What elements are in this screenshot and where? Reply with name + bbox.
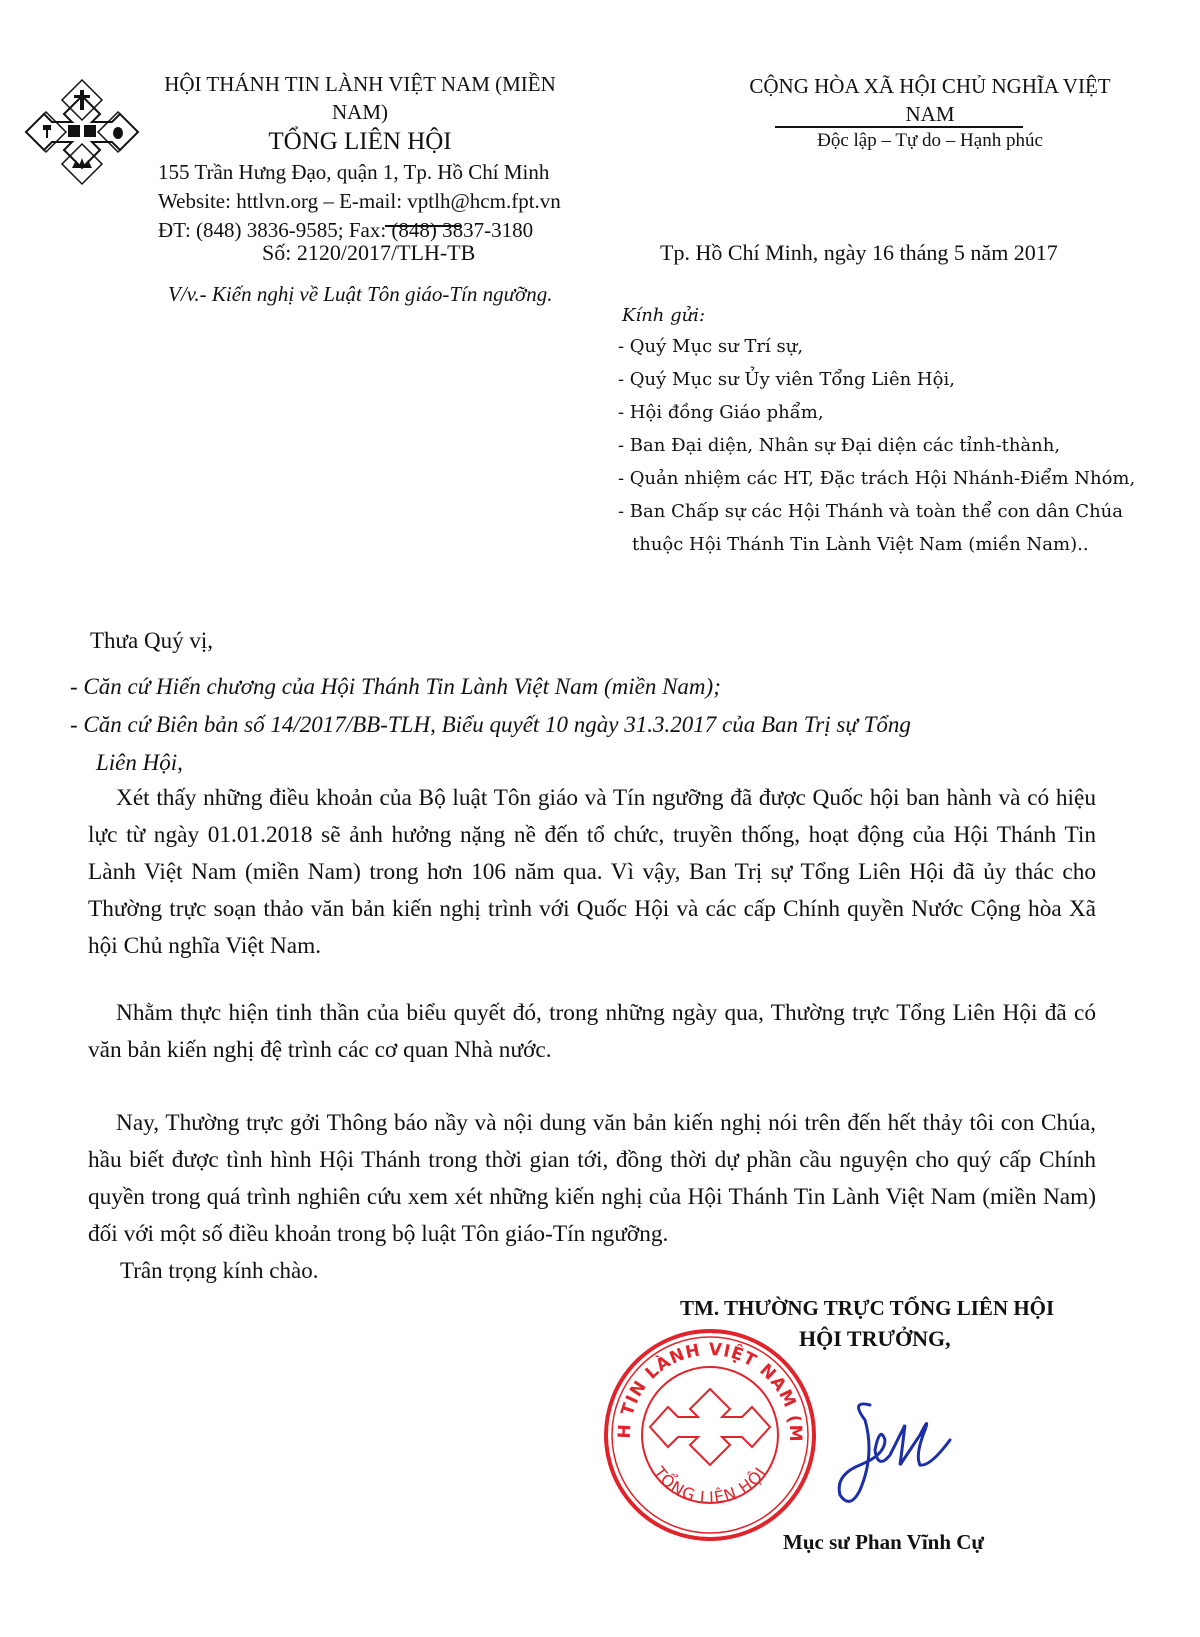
org-name: HỘI THÁNH TIN LÀNH VIỆT NAM (MIỀN NAM) [150, 70, 570, 126]
nation-motto: Độc lập – Tự do – Hạnh phúc [740, 128, 1120, 154]
legal-basis: - Căn cứ Hiến chương của Hội Thánh Tin L… [70, 668, 1090, 782]
svg-text:HỘI THÁNH TIN LÀNH VIỆT NAM (M: HỘI THÁNH TIN LÀNH VIỆT NAM (MIỀN NAM) [600, 1325, 805, 1443]
recipient-item: - Quản nhiệm các HT, Đặc trách Hội Nhánh… [618, 462, 1135, 495]
recipients-list: Kính gửi: - Quý Mục sư Trí sự, - Quý Mục… [618, 302, 1135, 561]
greeting: Thưa Quý vị, [90, 628, 213, 654]
church-logo-icon [22, 72, 142, 192]
document-number: Số: 2120/2017/TLH-TB [262, 240, 475, 266]
nation-name: CỘNG HÒA XÃ HỘI CHỦ NGHĨA VIỆT NAM [740, 72, 1120, 128]
org-contact: Website: httlvn.org – E-mail: vptlh@hcm.… [150, 187, 570, 216]
national-heading: CỘNG HÒA XÃ HỘI CHỦ NGHĨA VIỆT NAM Độc l… [740, 72, 1120, 154]
basis-item: - Căn cứ Biên bản số 14/2017/BB-TLH, Biể… [70, 706, 1090, 744]
divider [385, 225, 460, 227]
recipients-header: Kính gửi: [618, 302, 1135, 330]
body-paragraph: Nay, Thường trực gởi Thông báo nầy và nộ… [88, 1105, 1096, 1253]
body-paragraph: Xét thấy những điều khoản của Bộ luật Tô… [88, 780, 1096, 965]
organization-letterhead: HỘI THÁNH TIN LÀNH VIỆT NAM (MIỀN NAM) T… [150, 70, 570, 245]
document-subject: V/v.- Kiến nghị về Luật Tôn giáo-Tín ngư… [168, 282, 553, 307]
recipient-item: - Ban Đại diện, Nhân sự Đại diện các tỉn… [618, 429, 1135, 462]
org-address: 155 Trần Hưng Đạo, quận 1, Tp. Hồ Chí Mi… [150, 158, 570, 187]
recipient-item: thuộc Hội Thánh Tin Lành Việt Nam (miền … [618, 528, 1135, 561]
official-seal-icon: HỘI THÁNH TIN LÀNH VIỆT NAM (MIỀN NAM) T… [600, 1325, 820, 1545]
recipient-item: - Hội đồng Giáo phẩm, [618, 396, 1135, 429]
recipient-item: - Ban Chấp sự các Hội Thánh và toàn thể … [618, 495, 1135, 528]
recipient-item: - Quý Mục sư Ủy viên Tổng Liên Hội, [618, 363, 1135, 396]
recipient-item: - Quý Mục sư Trí sự, [618, 330, 1135, 363]
divider [775, 126, 1023, 128]
signatory-role: HỘI TRƯỞNG, [799, 1326, 951, 1352]
handwritten-signature-icon [830, 1395, 960, 1515]
basis-item: - Căn cứ Hiến chương của Hội Thánh Tin L… [70, 668, 1090, 706]
signatory-title: TM. THƯỜNG TRỰC TỔNG LIÊN HỘI [680, 1296, 1054, 1321]
body-paragraph: Nhằm thực hiện tinh thần của biểu quyết … [88, 995, 1096, 1069]
date-line: Tp. Hồ Chí Minh, ngày 16 tháng 5 năm 201… [660, 240, 1058, 266]
basis-item: Liên Hội, [70, 744, 1090, 782]
signatory-name: Mục sư Phan Vĩnh Cự [783, 1530, 984, 1555]
org-subname: TỔNG LIÊN HỘI [150, 126, 570, 158]
svg-text:TỔNG LIÊN HỘI: TỔNG LIÊN HỘI [649, 1462, 770, 1507]
closing: Trân trọng kính chào. [120, 1258, 318, 1284]
